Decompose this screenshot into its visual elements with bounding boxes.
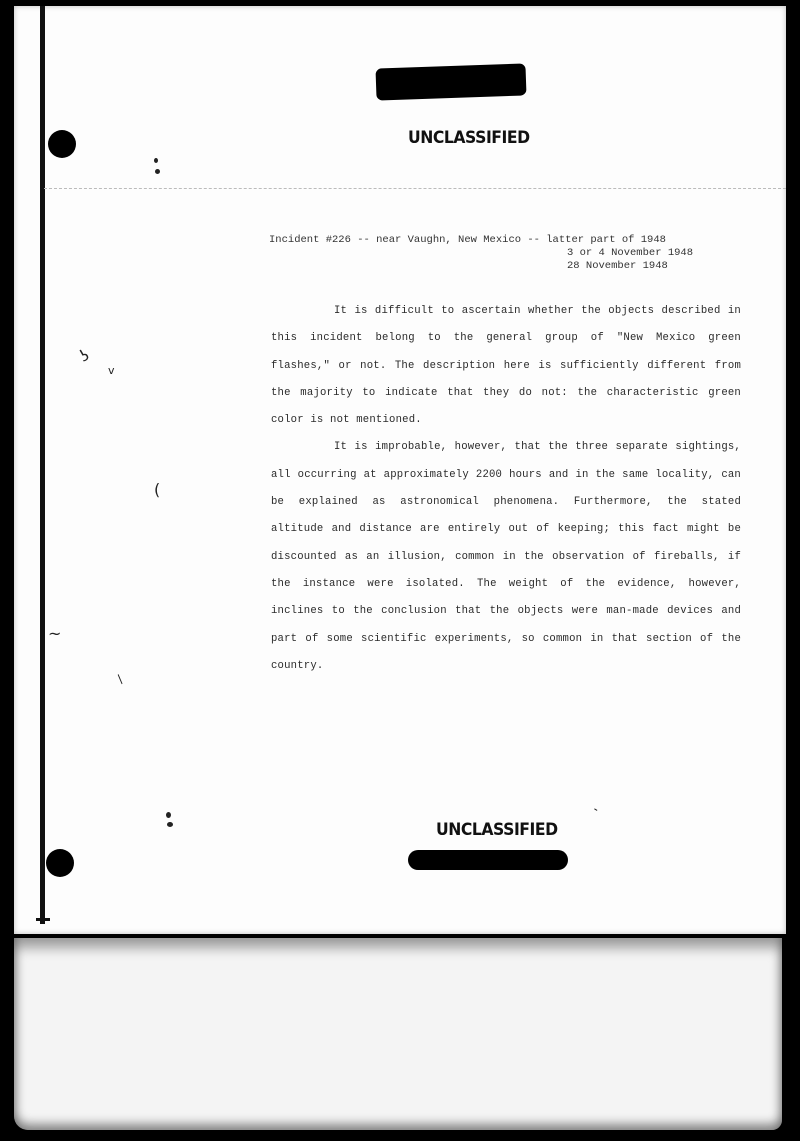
margin-mark-paren: (	[154, 480, 160, 499]
binding-line-foot	[36, 918, 50, 921]
speck	[167, 822, 173, 827]
document-page: UNCLASSIFIED Incident #226 -- near Vaugh…	[14, 6, 786, 934]
punch-hole-top	[48, 130, 76, 158]
classification-stamp-bottom: UNCLASSIFIED	[436, 820, 558, 840]
margin-mark-tilde: ~	[48, 624, 61, 643]
incident-date-3: 28 November 1948	[269, 260, 668, 272]
redaction-bottom	[408, 850, 568, 870]
underlying-page-shadow	[14, 938, 782, 1130]
margin-mark-check: v	[108, 364, 115, 377]
redaction-top	[375, 63, 526, 100]
speck	[154, 158, 158, 163]
speck	[166, 812, 171, 818]
mark-tick: -	[591, 802, 602, 816]
paragraph-2: It is improbable, however, that the thre…	[271, 434, 741, 680]
incident-header: Incident #226 -- near Vaughn, New Mexico…	[269, 234, 693, 273]
incident-title: Incident #226 -- near Vaughn, New Mexico…	[269, 234, 666, 246]
margin-mark-slash: /	[114, 672, 126, 685]
document-body: It is difficult to ascertain whether the…	[271, 298, 741, 680]
binding-margin-line	[40, 6, 45, 924]
paragraph-1: It is difficult to ascertain whether the…	[271, 298, 741, 434]
speck	[155, 169, 160, 174]
header-rule	[44, 188, 786, 190]
punch-hole-bottom	[46, 849, 74, 877]
incident-date-2: 3 or 4 November 1948	[269, 247, 693, 259]
margin-mark-loop: ʖ	[76, 345, 93, 366]
classification-stamp-top: UNCLASSIFIED	[408, 128, 530, 148]
